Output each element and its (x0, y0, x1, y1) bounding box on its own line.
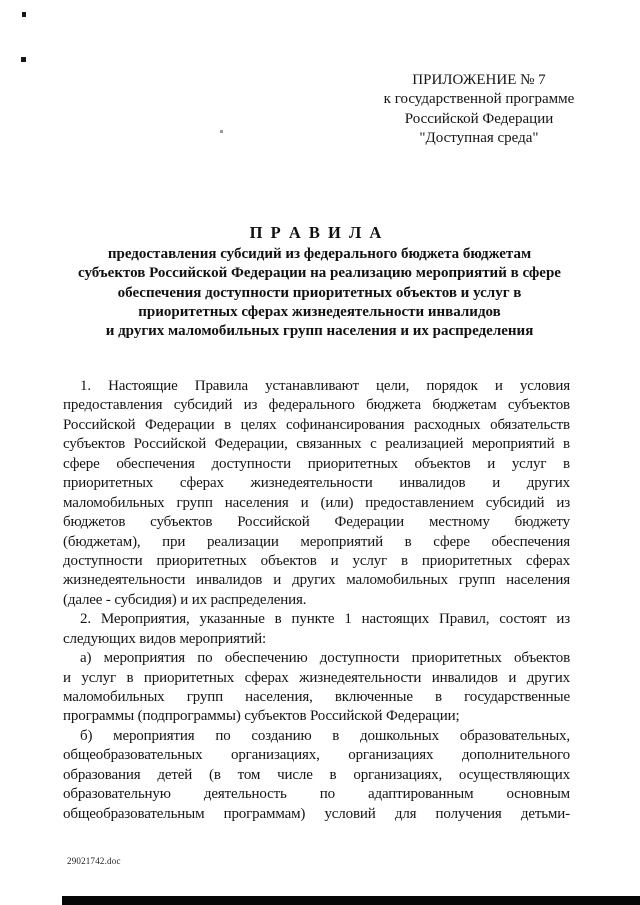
text-line: (далее - субсидия) и их распределения. (63, 591, 570, 610)
text-line: б) мероприятия по созданию в дошкольных … (63, 727, 570, 746)
text-line: следующих видов мероприятий: (63, 630, 570, 649)
footer-filename: 29021742.doc (67, 856, 121, 866)
scan-speck-artifact (22, 12, 26, 17)
subtitle-line: обеспечения доступности приоритетных объ… (66, 284, 573, 303)
text-line: маломобильных групп населения и (или) пр… (63, 494, 570, 513)
text-line: 2. Мероприятия, указанные в пункте 1 нас… (63, 610, 570, 629)
text-line: общеобразовательным программам) условий … (63, 805, 570, 824)
paragraph: б) мероприятия по созданию в дошкольных … (63, 727, 570, 824)
subtitle-line: субъектов Российской Федерации на реализ… (66, 264, 573, 283)
paragraph: а) мероприятия по обеспечению доступност… (63, 649, 570, 727)
subtitle-line: приоритетных сферах жизнедеятельности ин… (66, 303, 573, 322)
text-line: программы (подпрограммы) субъектов Росси… (63, 707, 570, 726)
subtitle-line: предоставления субсидий из федерального … (66, 245, 573, 264)
text-line: образования детей (в том числе в организ… (63, 766, 570, 785)
document-subtitle: предоставления субсидий из федерального … (66, 245, 573, 341)
text-line: 1. Настоящие Правила устанавливают цели,… (63, 377, 570, 396)
appendix-header: ПРИЛОЖЕНИЕ № 7к государственной программ… (348, 71, 610, 148)
text-line: сфере обеспечения доступности приоритетн… (63, 455, 570, 474)
text-line: а) мероприятия по обеспечению доступност… (63, 649, 570, 668)
text-line: жизнедеятельности инвалидов и других мал… (63, 571, 570, 590)
scan-speck-artifact (21, 57, 26, 62)
text-line: Российской Федерации в целях софинансиро… (63, 416, 570, 435)
paragraph: 1. Настоящие Правила устанавливают цели,… (63, 377, 570, 610)
scan-edge-bar (62, 896, 640, 905)
header-line: Российской Федерации (348, 110, 610, 129)
text-line: и услуг в приоритетных сферах жизнедеяте… (63, 669, 570, 688)
document-body: 1. Настоящие Правила устанавливают цели,… (63, 377, 570, 824)
text-line: маломобильных групп населения, включенны… (63, 688, 570, 707)
scan-speck-artifact (220, 130, 223, 133)
text-line: бюджетов субъектов Российской Федерации … (63, 513, 570, 532)
text-line: субъектов Российской Федерации, связанны… (63, 435, 570, 454)
text-line: предоставления субсидий из федерального … (63, 396, 570, 415)
text-line: общеобразовательных организациях, органи… (63, 746, 570, 765)
text-line: образовательную деятельность по адаптиро… (63, 785, 570, 804)
text-line: (бюджетам), при реализации мероприятий в… (63, 533, 570, 552)
text-line: доступности приоритетных объектов и услу… (63, 552, 570, 571)
subtitle-line: и других маломобильных групп населения и… (66, 322, 573, 341)
header-line: ПРИЛОЖЕНИЕ № 7 (348, 71, 610, 90)
header-line: "Доступная среда" (348, 129, 610, 148)
paragraph: 2. Мероприятия, указанные в пункте 1 нас… (63, 610, 570, 649)
header-line: к государственной программе (348, 90, 610, 109)
text-line: приоритетных сферах жизнедеятельности ин… (63, 474, 570, 493)
scanned-document-page: ПРИЛОЖЕНИЕ № 7к государственной программ… (0, 0, 640, 905)
document-title: П Р А В И Л А (63, 223, 570, 242)
